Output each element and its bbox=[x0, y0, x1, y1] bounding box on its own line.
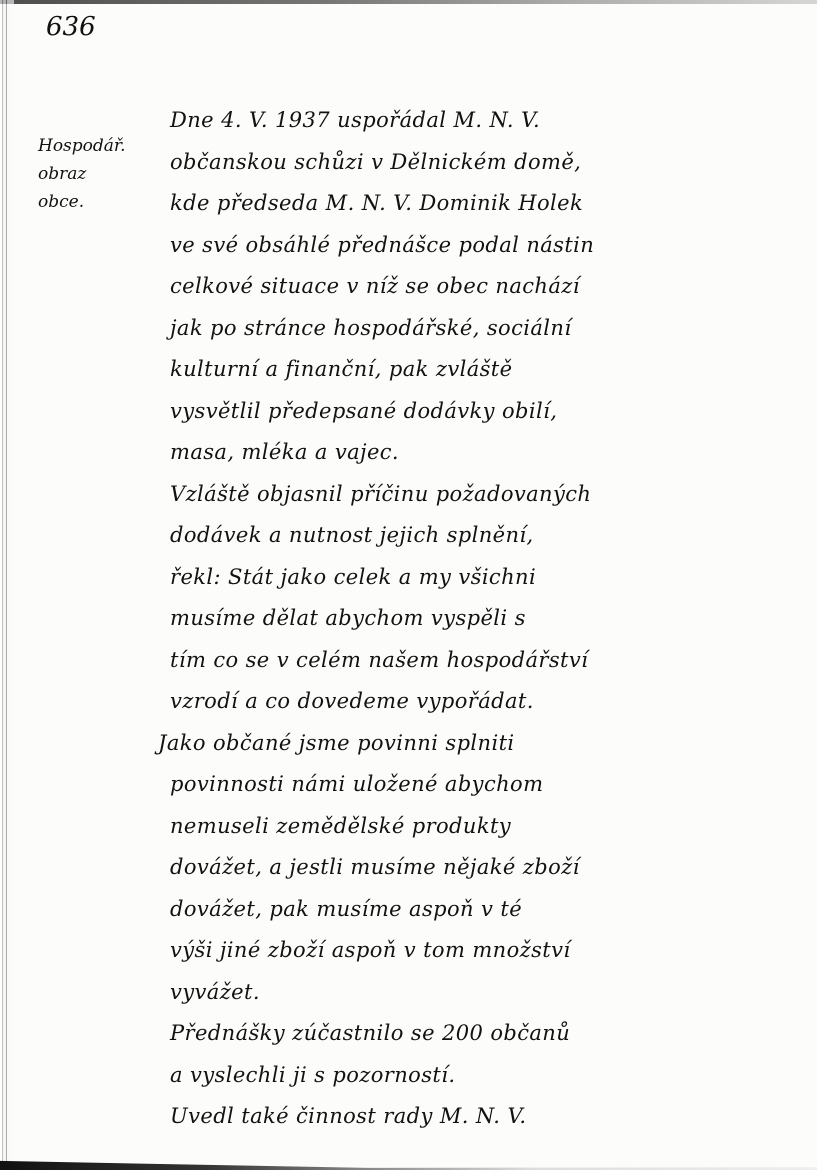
scanned-page: 636 Hospodář. obraz obce. Dne 4. V. 1937… bbox=[0, 0, 817, 1170]
text-line: dovážet, pak musíme aspoň v té bbox=[170, 889, 810, 931]
text-line: Přednášky zúčastnilo se 200 občanů bbox=[170, 1013, 810, 1055]
text-line: Jako občané jsme povinni splniti bbox=[158, 723, 810, 765]
text-line: Vzláště objasnil příčinu požadovaných bbox=[170, 474, 810, 516]
text-line: vzrodí a co dovedeme vypořádat. bbox=[170, 681, 810, 723]
page-number: 636 bbox=[46, 12, 96, 42]
text-line: občanskou schůzi v Dělnickém domě, bbox=[170, 142, 810, 184]
text-line: jak po stránce hospodářské, sociální bbox=[170, 308, 810, 350]
text-line: nemuseli zemědělské produkty bbox=[170, 806, 810, 848]
text-line: povinnosti námi uložené abychom bbox=[170, 764, 810, 806]
binding-edge bbox=[0, 0, 14, 1170]
margin-note-line: obraz bbox=[38, 160, 148, 188]
text-line: dodávek a nutnost jejich splnění, bbox=[170, 515, 810, 557]
text-line: celkové situace v níž se obec nachází bbox=[170, 266, 810, 308]
text-line: vyvážet. bbox=[170, 972, 810, 1014]
text-line: tím co se v celém našem hospodářství bbox=[170, 640, 810, 682]
text-line: řekl: Stát jako celek a my všichni bbox=[170, 557, 810, 599]
margin-note: Hospodář. obraz obce. bbox=[38, 132, 148, 216]
text-line: kulturní a finanční, pak zvláště bbox=[170, 349, 810, 391]
text-line: a vyslechli ji s pozorností. bbox=[170, 1055, 810, 1097]
text-line: musíme dělat abychom vyspěli s bbox=[170, 598, 810, 640]
scan-bottom-edge bbox=[0, 1156, 817, 1170]
margin-note-line: Hospodář. bbox=[38, 132, 148, 160]
text-line: dovážet, a jestli musíme nějaké zboží bbox=[170, 847, 810, 889]
margin-note-line: obce. bbox=[38, 188, 148, 216]
text-line: Dne 4. V. 1937 uspořádal M. N. V. bbox=[170, 100, 810, 142]
text-line: vysvětlil předepsané dodávky obilí, bbox=[170, 391, 810, 433]
text-line: ve své obsáhlé přednášce podal nástin bbox=[170, 225, 810, 267]
scan-top-edge bbox=[0, 0, 817, 4]
text-line: výši jiné zboží aspoň v tom množství bbox=[170, 930, 810, 972]
handwritten-body: Dne 4. V. 1937 uspořádal M. N. V. občans… bbox=[170, 100, 810, 1138]
text-line: Uvedl také činnost rady M. N. V. bbox=[170, 1096, 810, 1138]
text-line: kde předseda M. N. V. Dominik Holek bbox=[170, 183, 810, 225]
text-line: masa, mléka a vajec. bbox=[170, 432, 810, 474]
